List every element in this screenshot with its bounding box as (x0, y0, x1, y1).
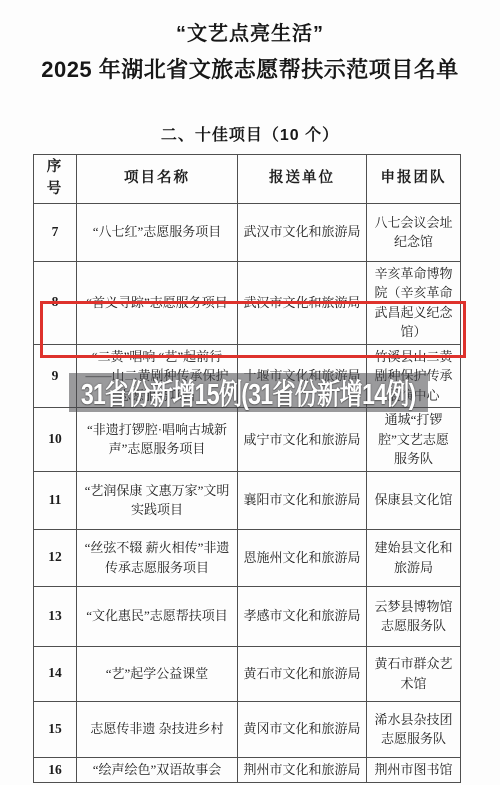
cell-serial: 14 (34, 646, 77, 701)
cell-project-name: “艺”起学公益课堂 (77, 646, 238, 701)
cell-submitting-unit: 武汉市文化和旅游局 (238, 203, 367, 261)
section-title: 二、十佳项目（10 个） (0, 122, 500, 145)
document-page: “文艺点亮生活” 2025 年湖北省文旅志愿帮扶示范项目名单 二、十佳项目（10… (0, 0, 500, 785)
news-ticker-text: 31省份新增15例(31省份新增14例) (81, 372, 416, 413)
cell-serial: 7 (34, 203, 77, 261)
cell-submitting-unit: 恩施州文化和旅游局 (238, 529, 367, 586)
table-row: 15 志愿传非遗 杂技进乡村 黄冈市文化和旅游局 浠水县杂技团志愿服务队 (34, 701, 461, 757)
cell-project-name: “丝弦不辍 薪火相传”非遗传承志愿服务项目 (77, 529, 238, 586)
cell-project-name: “八七红”志愿服务项目 (77, 203, 238, 261)
cell-serial: 13 (34, 586, 77, 646)
cell-applicant-team: 辛亥革命博物院（辛亥革命武昌起义纪念馆） (367, 261, 461, 344)
cell-submitting-unit: 黄石市文化和旅游局 (238, 646, 367, 701)
cell-applicant-team: 浠水县杂技团志愿服务队 (367, 701, 461, 757)
cell-project-name: 志愿传非遗 杂技进乡村 (77, 701, 238, 757)
cell-serial: 10 (34, 408, 77, 472)
column-header-serial: 序号 (34, 155, 77, 204)
cell-applicant-team: 保康县文化馆 (367, 471, 461, 529)
cell-applicant-team: 黄石市群众艺术馆 (367, 646, 461, 701)
cell-project-name: “非遗打锣腔·唱响古城新声”志愿服务项目 (77, 408, 238, 472)
table-body: 7 “八七红”志愿服务项目 武汉市文化和旅游局 八七会议会址纪念馆 8 “首义寻… (34, 203, 461, 782)
cell-project-name: “绘声绘色”双语故事会 (77, 757, 238, 782)
table-row: 11 “艺润保康 文惠万家”文明实践项目 襄阳市文化和旅游局 保康县文化馆 (34, 471, 461, 529)
table-header-row: 序号 项目名称 报送单位 申报团队 (34, 155, 461, 204)
table-row: 16 “绘声绘色”双语故事会 荆州市文化和旅游局 荆州市图书馆 (34, 757, 461, 782)
cell-submitting-unit: 孝感市文化和旅游局 (238, 586, 367, 646)
cell-applicant-team: 云梦县博物馆志愿服务队 (367, 586, 461, 646)
cell-submitting-unit: 黄冈市文化和旅游局 (238, 701, 367, 757)
cell-submitting-unit: 咸宁市文化和旅游局 (238, 408, 367, 472)
cell-applicant-team: 八七会议会址纪念馆 (367, 203, 461, 261)
cell-project-name: “首义寻踪”志愿服务项目 (77, 261, 238, 344)
cell-submitting-unit: 襄阳市文化和旅游局 (238, 471, 367, 529)
cell-submitting-unit: 武汉市文化和旅游局 (238, 261, 367, 344)
cell-applicant-team: 荆州市图书馆 (367, 757, 461, 782)
column-header-applicant-team: 申报团队 (367, 155, 461, 204)
news-ticker-banner: 31省份新增15例(31省份新增14例) (69, 373, 428, 412)
column-header-project-name: 项目名称 (77, 155, 238, 204)
page-title: “文艺点亮生活” (0, 17, 500, 46)
cell-serial: 11 (34, 471, 77, 529)
cell-serial: 16 (34, 757, 77, 782)
cell-applicant-team: 建始县文化和旅游局 (367, 529, 461, 586)
cell-serial: 12 (34, 529, 77, 586)
cell-submitting-unit: 荆州市文化和旅游局 (238, 757, 367, 782)
table-row: 14 “艺”起学公益课堂 黄石市文化和旅游局 黄石市群众艺术馆 (34, 646, 461, 701)
column-header-submitting-unit: 报送单位 (238, 155, 367, 204)
projects-table: 序号 项目名称 报送单位 申报团队 7 “八七红”志愿服务项目 武汉市文化和旅游… (33, 154, 461, 783)
cell-project-name: “文化惠民”志愿帮扶项目 (77, 586, 238, 646)
cell-serial: 15 (34, 701, 77, 757)
table-row: 13 “文化惠民”志愿帮扶项目 孝感市文化和旅游局 云梦县博物馆志愿服务队 (34, 586, 461, 646)
page-subtitle: 2025 年湖北省文旅志愿帮扶示范项目名单 (0, 53, 500, 84)
table-row: 8 “首义寻踪”志愿服务项目 武汉市文化和旅游局 辛亥革命博物院（辛亥革命武昌起… (34, 261, 461, 344)
cell-serial: 8 (34, 261, 77, 344)
table-row: 7 “八七红”志愿服务项目 武汉市文化和旅游局 八七会议会址纪念馆 (34, 203, 461, 261)
table-row: 12 “丝弦不辍 薪火相传”非遗传承志愿服务项目 恩施州文化和旅游局 建始县文化… (34, 529, 461, 586)
cell-project-name: “艺润保康 文惠万家”文明实践项目 (77, 471, 238, 529)
table-row: 10 “非遗打锣腔·唱响古城新声”志愿服务项目 咸宁市文化和旅游局 通城“打锣腔… (34, 408, 461, 472)
cell-applicant-team: 通城“打锣腔”文艺志愿服务队 (367, 408, 461, 472)
